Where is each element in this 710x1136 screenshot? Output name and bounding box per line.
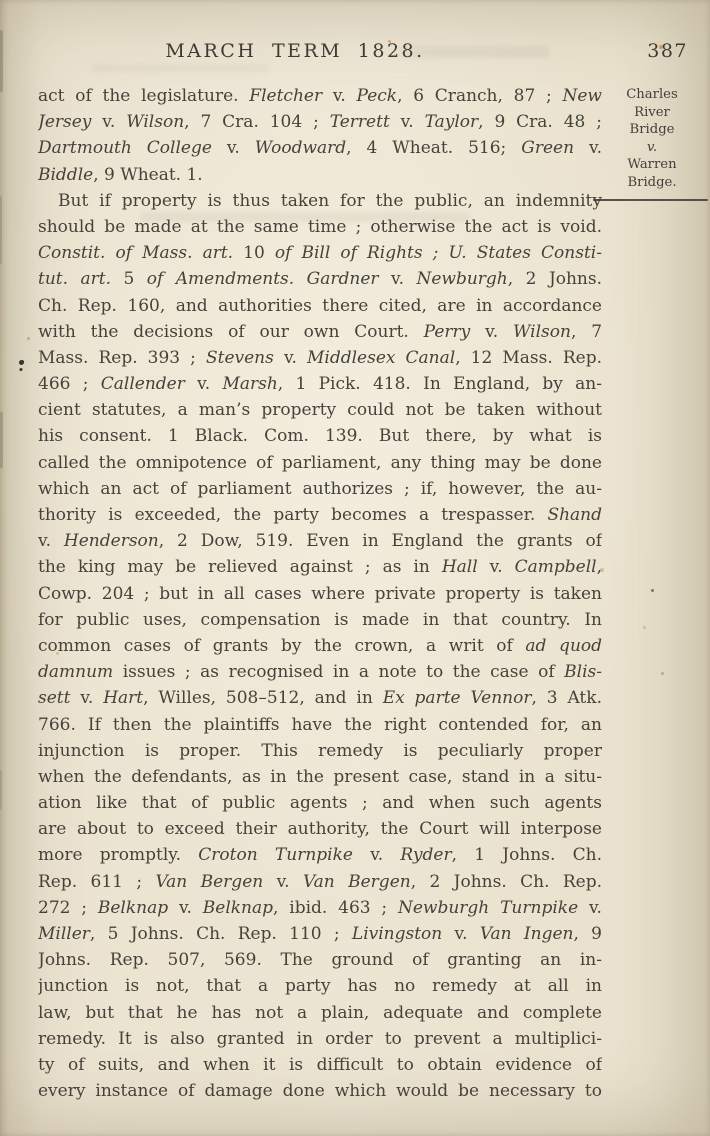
- text-segment: which an act of parliament authorizes ; …: [38, 479, 602, 499]
- case-citation: Constit. of Mass. art.: [38, 243, 233, 263]
- text-segment: v.: [470, 322, 513, 342]
- case-citation: Terrett: [330, 112, 390, 132]
- text-segment: thority is exceeded, the party becomes a…: [38, 505, 547, 525]
- case-citation: Jersey: [38, 112, 91, 132]
- text-segment: v.: [442, 924, 480, 944]
- text-segment: v.: [274, 348, 307, 368]
- text-segment: Mass. Rep. 393 ;: [38, 348, 206, 368]
- text-segment: junction is not, that a party has no rem…: [38, 976, 602, 996]
- text-line: Johns. Rep. 507, 569. The ground of gran…: [38, 947, 602, 973]
- text-line: 766. If then the plaintiffs have the rig…: [38, 712, 602, 738]
- text-line: cient statutes, a man’s property could n…: [38, 397, 602, 423]
- text-segment: are about to exceed their authority, the…: [38, 819, 602, 839]
- case-citation: Henderson: [64, 531, 159, 551]
- text-line: every instance of damage done which woul…: [38, 1078, 602, 1104]
- show-through-smudge: [400, 46, 550, 58]
- case-citation: Campbell: [515, 557, 597, 577]
- binding-shadow: [0, 770, 2, 810]
- case-citation: Belknap: [98, 898, 168, 918]
- text-line: damnum issues ; as recognised in a note …: [38, 659, 602, 685]
- text-segment: v.: [212, 138, 255, 158]
- case-citation: Marsh: [222, 374, 277, 394]
- text-segment: common cases of grants by the crown, a w…: [38, 636, 525, 656]
- text-line: for public uses, compensation is made in…: [38, 607, 602, 633]
- text-segment: v.: [38, 531, 64, 551]
- text-segment: ty of suits, and when it is difficult to…: [38, 1055, 602, 1075]
- text-line: junction is not, that a party has no rem…: [38, 973, 602, 999]
- text-line: are about to exceed their authority, the…: [38, 816, 602, 842]
- text-segment: , 9 Wheat. 1.: [93, 165, 203, 185]
- text-segment: v.: [478, 557, 515, 577]
- text-segment: 10: [233, 243, 275, 263]
- text-segment: v.: [168, 898, 203, 918]
- case-citation: Van Bergen: [303, 872, 411, 892]
- foxing-speck: [388, 40, 391, 43]
- case-citation: Belknap: [203, 898, 273, 918]
- case-citation: Fletcher: [249, 86, 322, 106]
- body-text-column: act of the legislature. Fletcher v. Peck…: [38, 83, 602, 1104]
- binding-shadow: [0, 30, 3, 92]
- foxing-speck: [661, 672, 664, 675]
- text-segment: v.: [322, 86, 356, 106]
- text-line: 466 ; Callender v. Marsh, 1 Pick. 418. I…: [38, 371, 602, 397]
- text-line: Jersey v. Wilson, 7 Cra. 104 ; Terrett v…: [38, 109, 602, 135]
- case-citation: Newburgh: [416, 269, 507, 289]
- text-segment: , 2 Johns. Ch. Rep.: [411, 872, 602, 892]
- show-through-smudge: [140, 212, 470, 222]
- text-segment: , 6 Cranch, 87 ;: [397, 86, 562, 106]
- text-segment: v.: [70, 688, 103, 708]
- text-segment: , 2 Dow, 519. Even in England the grants…: [159, 531, 602, 551]
- text-line: But if property is thus taken for the pu…: [38, 188, 602, 214]
- text-segment: , ibid. 463 ;: [273, 898, 398, 918]
- case-citation: Hart: [103, 688, 143, 708]
- text-segment: cient statutes, a man’s property could n…: [38, 400, 602, 420]
- text-segment: v.: [91, 112, 126, 132]
- text-segment: , 1 Pick. 418. In England, by an-: [278, 374, 602, 394]
- case-citation: Miller: [38, 924, 90, 944]
- case-citation: Middlesex Canal: [307, 348, 455, 368]
- text-segment: v.: [263, 872, 303, 892]
- case-citation: Van Ingen: [480, 924, 574, 944]
- foxing-speck: [651, 589, 654, 592]
- text-segment: v.: [574, 138, 602, 158]
- foxing-speck: [600, 568, 604, 572]
- text-segment: act of the legislature.: [38, 86, 249, 106]
- text-line: tut. art. 5 of Amendments. Gardner v. Ne…: [38, 266, 602, 292]
- text-line: Mass. Rep. 393 ; Stevens v. Middlesex Ca…: [38, 345, 602, 371]
- text-line: thority is exceeded, the party becomes a…: [38, 502, 602, 528]
- text-segment: 466 ;: [38, 374, 101, 394]
- text-segment: Rep. 611 ;: [38, 872, 155, 892]
- case-citation: damnum: [38, 662, 113, 682]
- text-line: remedy. It is also granted in order to p…: [38, 1026, 602, 1052]
- text-segment: every instance of damage done which woul…: [38, 1081, 602, 1101]
- case-citation: Blis-: [564, 662, 602, 682]
- text-segment: , Willes, 508–512, and in: [143, 688, 383, 708]
- text-segment: , 7 Cra. 104 ;: [184, 112, 330, 132]
- page-number: 387: [647, 40, 688, 62]
- sidenote-line: Warren: [600, 156, 704, 174]
- case-citation: ad quod: [525, 636, 602, 656]
- show-through-smudge: [90, 64, 270, 73]
- text-segment: 5: [111, 269, 147, 289]
- text-line: v. Henderson, 2 Dow, 519. Even in Englan…: [38, 528, 602, 554]
- text-segment: v.: [390, 112, 425, 132]
- text-segment: , 3 Atk.: [532, 688, 602, 708]
- text-line: with the decisions of our own Court. Per…: [38, 319, 602, 345]
- ink-blot-icon: [19, 360, 25, 366]
- case-citation: Woodward: [255, 138, 346, 158]
- text-line: Biddle, 9 Wheat. 1.: [38, 162, 602, 188]
- text-segment: Ch. Rep. 160, and authorities there cite…: [38, 296, 602, 316]
- binding-shadow: [0, 412, 3, 468]
- sidenote-line: Bridge: [600, 121, 704, 139]
- text-segment: with the decisions of our own Court.: [38, 322, 424, 342]
- text-line: Constit. of Mass. art. 10 of Bill of Rig…: [38, 240, 602, 266]
- binding-shadow: [0, 196, 2, 264]
- text-segment: Johns. Rep. 507, 569. The ground of gran…: [38, 950, 602, 970]
- case-citation: Dartmouth College: [38, 138, 212, 158]
- text-line: called the omnipotence of parliament, an…: [38, 450, 602, 476]
- case-citation: Taylor: [425, 112, 479, 132]
- text-segment: v.: [353, 845, 400, 865]
- text-line: his consent. 1 Black. Com. 139. But ther…: [38, 423, 602, 449]
- text-segment: 766. If then the plaintiffs have the rig…: [38, 715, 602, 735]
- text-segment: , 9 Cra. 48 ;: [478, 112, 602, 132]
- case-citation: Peck: [357, 86, 398, 106]
- foxing-speck: [643, 626, 646, 629]
- sidenote-line: v.: [600, 139, 704, 157]
- case-citation: Green: [521, 138, 574, 158]
- text-line: Ch. Rep. 160, and authorities there cite…: [38, 293, 602, 319]
- text-segment: Cowp. 204 ; but in all cases where priva…: [38, 584, 602, 604]
- text-segment: , 5 Johns. Ch. Rep. 110 ;: [90, 924, 352, 944]
- text-segment: when the defendants, as in the present c…: [38, 767, 602, 787]
- text-segment: his consent. 1 Black. Com. 139. But ther…: [38, 426, 602, 446]
- text-line: act of the legislature. Fletcher v. Peck…: [38, 83, 602, 109]
- text-segment: , 12 Mass. Rep.: [455, 348, 602, 368]
- text-line: injunction is proper. This remedy is pec…: [38, 738, 602, 764]
- text-line: ty of suits, and when it is difficult to…: [38, 1052, 602, 1078]
- text-line: common cases of grants by the crown, a w…: [38, 633, 602, 659]
- text-line: sett v. Hart, Willes, 508–512, and in Ex…: [38, 685, 602, 711]
- case-citation: Wilson: [126, 112, 184, 132]
- text-segment: But if property is thus taken for the pu…: [58, 191, 602, 211]
- foxing-speck: [56, 652, 59, 655]
- foxing-speck: [659, 45, 663, 49]
- text-line: Miller, 5 Johns. Ch. Rep. 110 ; Livingst…: [38, 921, 602, 947]
- case-citation: Van Bergen: [155, 872, 263, 892]
- text-line: ation like that of public agents ; and w…: [38, 790, 602, 816]
- text-segment: injunction is proper. This remedy is pec…: [38, 741, 602, 761]
- text-segment: more promptly.: [38, 845, 198, 865]
- text-segment: 272 ;: [38, 898, 98, 918]
- case-citation: Livingston: [352, 924, 442, 944]
- text-line: 272 ; Belknap v. Belknap, ibid. 463 ; Ne…: [38, 895, 602, 921]
- text-line: Rep. 611 ; Van Bergen v. Van Bergen, 2 J…: [38, 869, 602, 895]
- case-citation: Hall: [442, 557, 478, 577]
- case-citation: of Amendments.: [147, 269, 294, 289]
- text-segment: the king may be relieved against ; as in: [38, 557, 442, 577]
- sidenote-line: Bridge.: [600, 174, 704, 192]
- text-segment: v.: [379, 269, 417, 289]
- case-citation: Wilson: [513, 322, 571, 342]
- text-segment: ation like that of public agents ; and w…: [38, 793, 602, 813]
- text-segment: , 2 Johns.: [508, 269, 602, 289]
- text-segment: remedy. It is also granted in order to p…: [38, 1029, 602, 1049]
- scanned-book-page: MARCH TERM 1828. 387 act of the legislat…: [0, 0, 710, 1136]
- text-segment: issues ; as recognised in a note to the …: [113, 662, 564, 682]
- case-citation: of Bill of Rights ; U. States Consti-: [275, 243, 602, 263]
- case-citation: Croton Turnpike: [198, 845, 353, 865]
- case-citation: Callender: [101, 374, 185, 394]
- text-line: Dartmouth College v. Woodward, 4 Wheat. …: [38, 135, 602, 161]
- text-segment: , 9: [573, 924, 602, 944]
- text-segment: , 7: [571, 322, 602, 342]
- text-segment: v.: [185, 374, 223, 394]
- sidenote-rule: [593, 199, 708, 201]
- case-citation: sett: [38, 688, 70, 708]
- text-line: law, but that he has not a plain, adequa…: [38, 1000, 602, 1026]
- sidenote-line: River: [600, 104, 704, 122]
- case-citation: Newburgh Turnpike: [398, 898, 578, 918]
- case-citation: Shand: [547, 505, 602, 525]
- sidenote-line: Charles: [600, 86, 704, 104]
- text-segment: called the omnipotence of parliament, an…: [38, 453, 602, 473]
- case-citation: Gardner: [307, 269, 379, 289]
- text-segment: for public uses, compensation is made in…: [38, 610, 602, 630]
- text-line: which an act of parliament authorizes ; …: [38, 476, 602, 502]
- case-citation: Biddle: [38, 165, 93, 185]
- text-line: Cowp. 204 ; but in all cases where priva…: [38, 581, 602, 607]
- case-citation: Perry: [424, 322, 471, 342]
- case-citation: Ex parte Vennor: [383, 688, 532, 708]
- case-name-sidenote: CharlesRiverBridgev.WarrenBridge.: [600, 86, 704, 192]
- text-line: the king may be relieved against ; as in…: [38, 554, 602, 580]
- case-citation: Stevens: [206, 348, 274, 368]
- text-segment: v.: [578, 898, 602, 918]
- text-line: when the defendants, as in the present c…: [38, 764, 602, 790]
- text-segment: law, but that he has not a plain, adequa…: [38, 1003, 602, 1023]
- foxing-speck: [27, 337, 30, 340]
- text-line: more promptly. Croton Turnpike v. Ryder,…: [38, 842, 602, 868]
- case-citation: tut. art.: [38, 269, 111, 289]
- text-segment: , 1 Johns. Ch.: [452, 845, 602, 865]
- case-citation: Ryder: [400, 845, 451, 865]
- case-citation: New: [562, 86, 602, 106]
- text-segment: [294, 269, 306, 289]
- text-segment: , 4 Wheat. 516;: [346, 138, 521, 158]
